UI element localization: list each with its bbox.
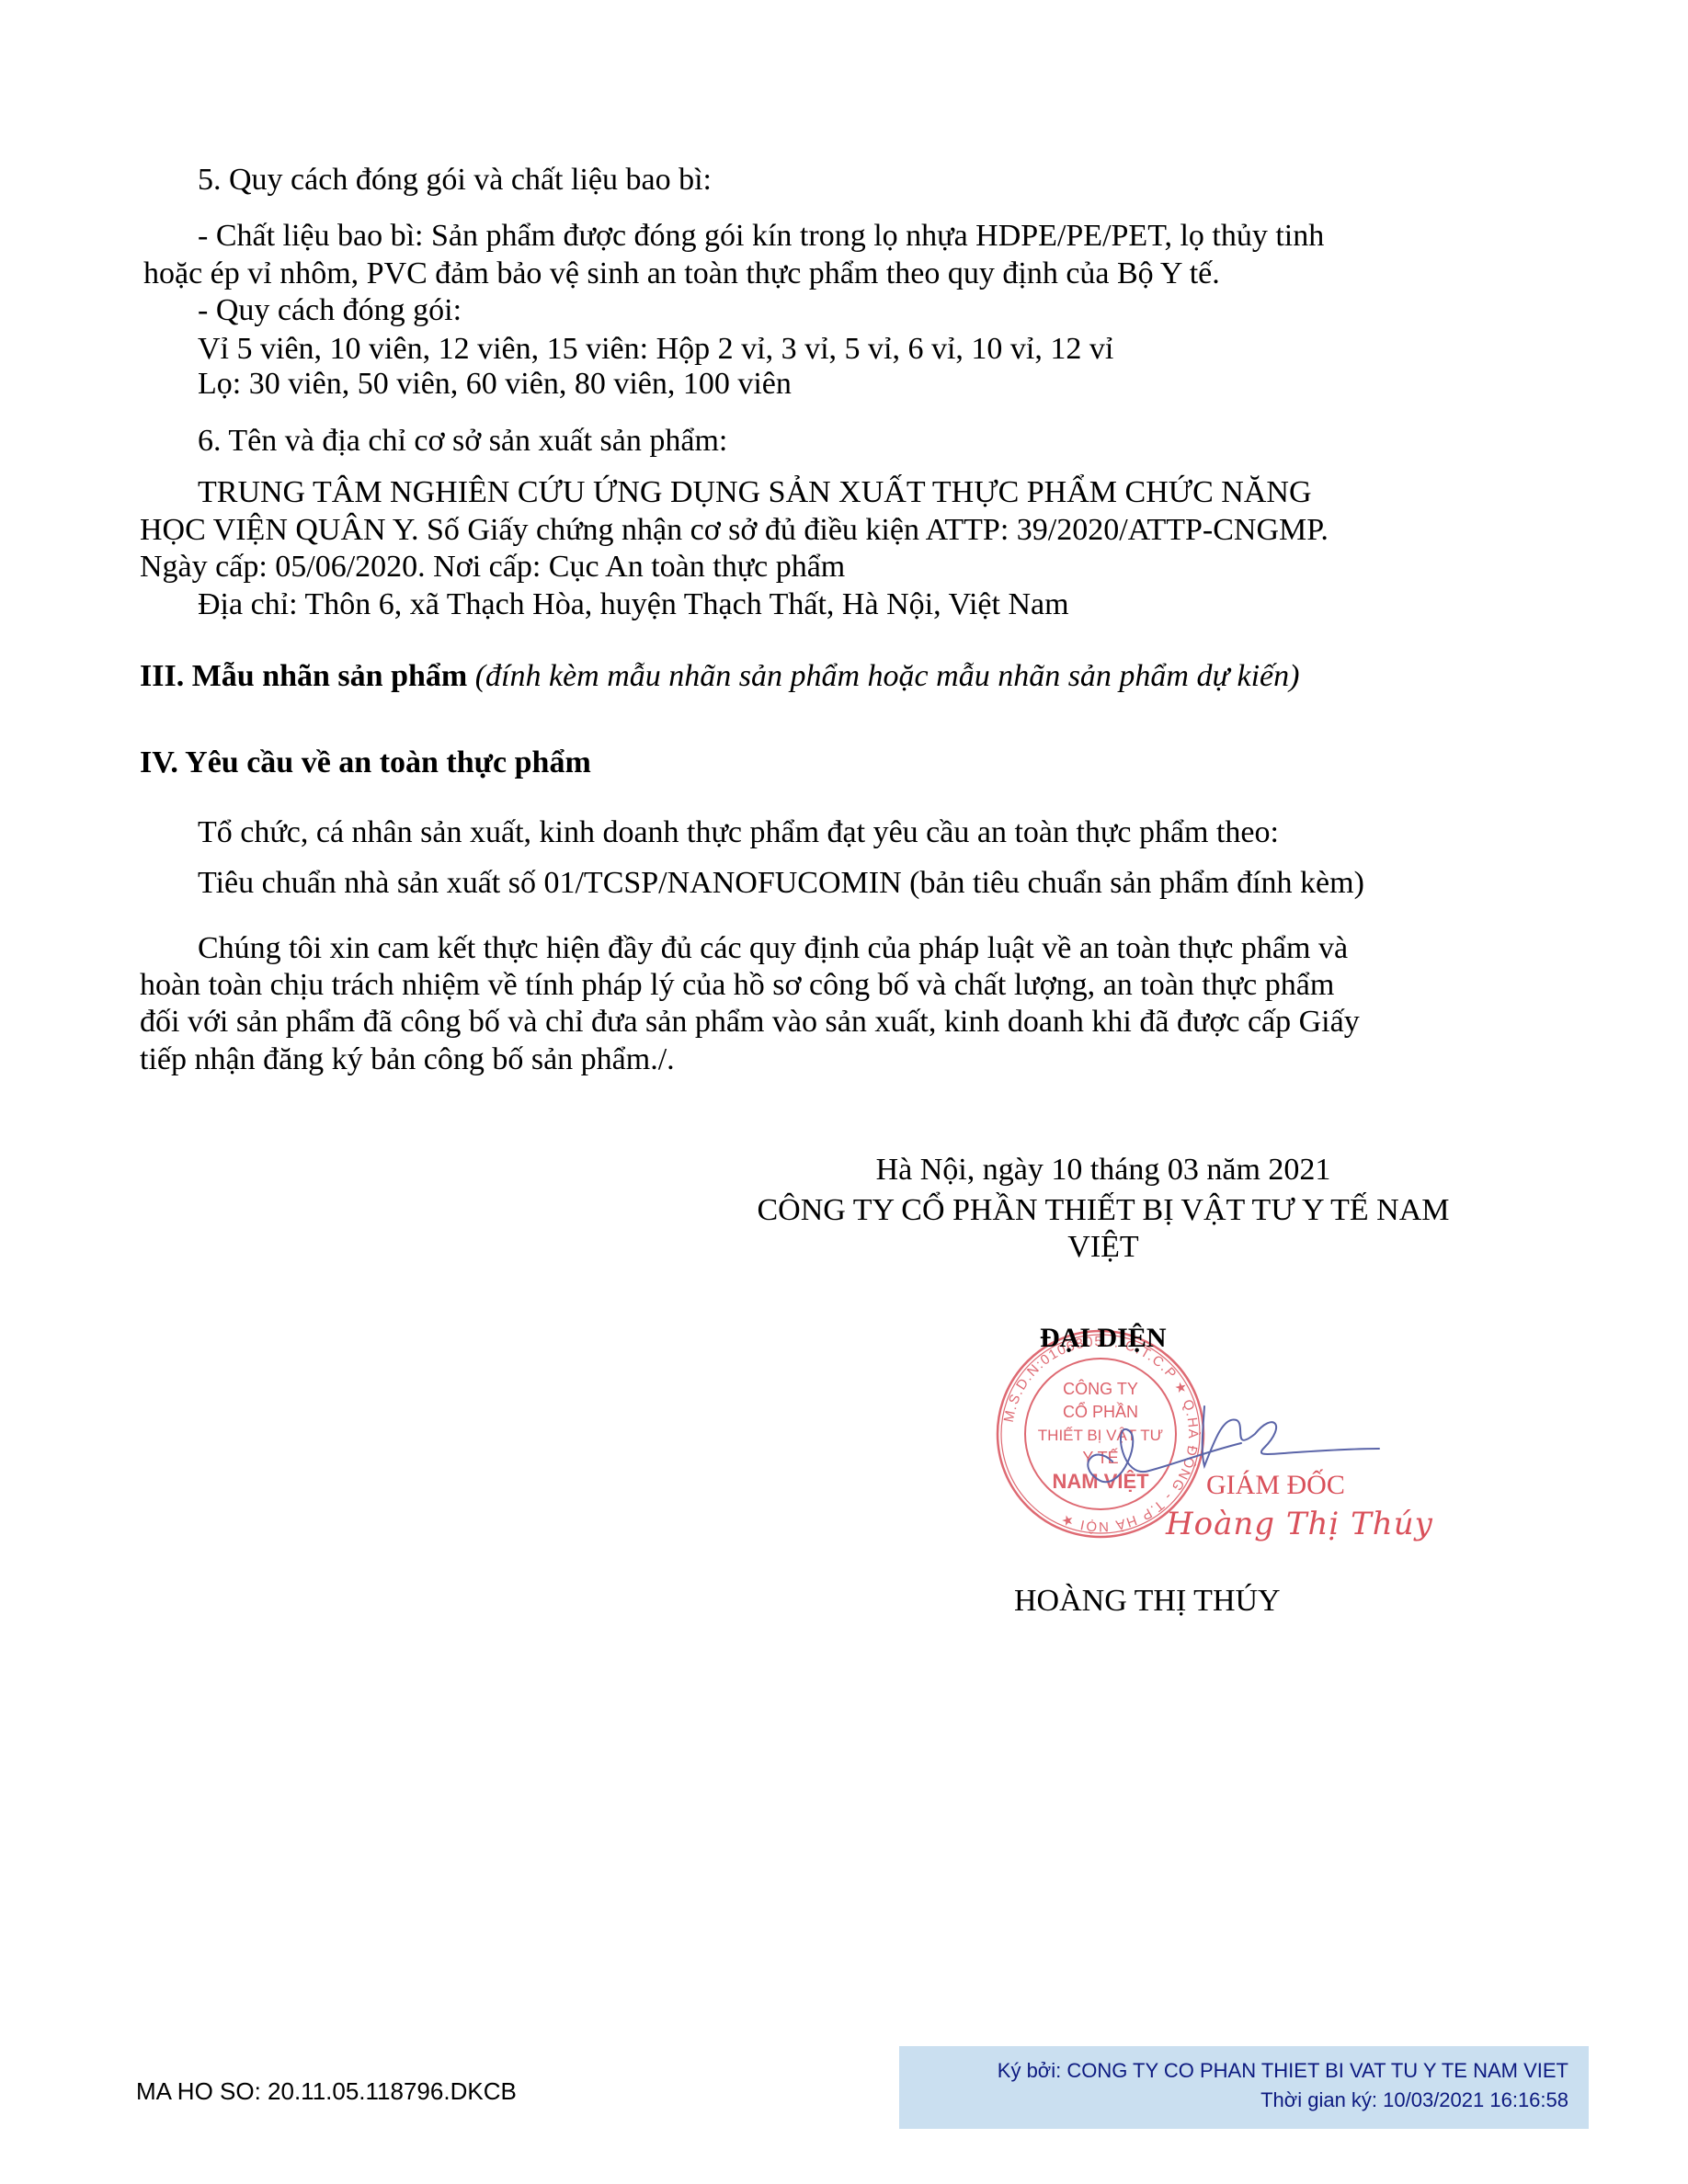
packing-bottle: Lọ: 30 viên, 50 viên, 60 viên, 80 viên, … <box>198 366 792 403</box>
representative-label: ĐẠI DIỆN <box>1040 1320 1167 1357</box>
company-name-line-2: VIỆT <box>699 1229 1508 1266</box>
safety-line-1: Tổ chức, cá nhân sản xuất, kinh doanh th… <box>198 814 1279 851</box>
signed-time: Thời gian ký: 10/03/2021 16:16:58 <box>1260 2088 1568 2112</box>
director-title: GIÁM ĐỐC <box>1206 1470 1345 1501</box>
section3-heading: III. Mẫu nhãn sản phẩm <box>140 659 467 693</box>
digital-signature-box: Ký bởi: CONG TY CO PHAN THIET BI VAT TU … <box>899 2046 1589 2129</box>
signed-by: Ký bởi: CONG TY CO PHAN THIET BI VAT TU … <box>998 2059 1568 2083</box>
manufacturer-line-2: HỌC VIỆN QUÂN Y. Số Giấy chứng nhận cơ s… <box>140 512 1329 549</box>
section6-heading: 6. Tên và địa chỉ cơ sở sản xuất sản phẩ… <box>198 423 727 460</box>
commitment-line-3: đối với sản phẩm đã công bố và chỉ đưa s… <box>140 1004 1360 1041</box>
manufacturer-address: Địa chỉ: Thôn 6, xã Thạch Hòa, huyện Thạ… <box>198 586 1069 623</box>
manufacturer-line-1: TRUNG TÂM NGHIÊN CỨU ỨNG DỤNG SẢN XUẤT T… <box>198 474 1312 511</box>
company-name-line-1: CÔNG TY CỔ PHẦN THIẾT BỊ VẬT TƯ Y TẾ NAM <box>699 1192 1508 1229</box>
material-line-2: hoặc ép vỉ nhôm, PVC đảm bảo vệ sinh an … <box>143 256 1220 292</box>
commitment-line-4: tiếp nhận đăng ký bản công bố sản phẩm./… <box>140 1041 675 1078</box>
safety-line-2: Tiêu chuẩn nhà sản xuất số 01/TCSP/NANOF… <box>198 865 1364 902</box>
section3-title: III. Mẫu nhãn sản phẩm (đính kèm mẫu nhã… <box>140 658 1299 695</box>
section5-heading: 5. Quy cách đóng gói và chất liệu bao bì… <box>198 162 712 199</box>
material-line-1: - Chất liệu bao bì: Sản phẩm được đóng g… <box>198 218 1324 255</box>
manufacturer-line-3: Ngày cấp: 05/06/2020. Nơi cấp: Cục An to… <box>140 549 845 586</box>
director-script-name: Hoàng Thị Thúy <box>1166 1506 1433 1542</box>
section4-heading: IV. Yêu cầu về an toàn thực phẩm <box>140 745 591 781</box>
commitment-line-2: hoàn toàn chịu trách nhiệm về tính pháp … <box>140 967 1334 1004</box>
packing-blister: Vỉ 5 viên, 10 viên, 12 viên, 15 viên: Hộ… <box>198 331 1113 368</box>
signer-name: HOÀNG THỊ THÚY <box>1014 1583 1281 1620</box>
commitment-line-1: Chúng tôi xin cam kết thực hiện đầy đủ c… <box>198 930 1348 967</box>
section3-note: (đính kèm mẫu nhãn sản phẩm hoặc mẫu nhã… <box>475 659 1300 693</box>
dossier-code: MA HO SO: 20.11.05.118796.DKCB <box>136 2077 517 2106</box>
place-date: Hà Nội, ngày 10 tháng 03 năm 2021 <box>699 1152 1508 1189</box>
packing-label: - Quy cách đóng gói: <box>198 292 462 329</box>
